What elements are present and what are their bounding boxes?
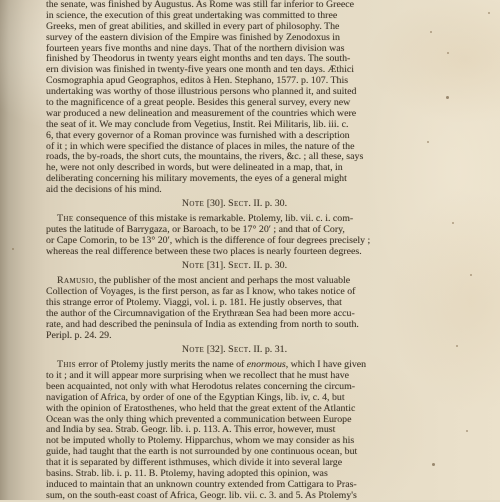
small-caps-word: Sect <box>228 344 248 355</box>
small-caps-word: Ramusio <box>57 276 94 286</box>
scanned-page: the senate, was finished by Augustus. As… <box>0 0 500 500</box>
text-line: Collection of Voyages, is the first pers… <box>46 287 423 298</box>
text-line: deliberating concerning his military mov… <box>46 174 423 185</box>
foxing-speck <box>446 96 449 99</box>
text-line: he, were not only described in words, bu… <box>46 163 423 174</box>
foxing-speck <box>427 141 429 143</box>
text-line: that it is separated by different isthmu… <box>46 458 423 469</box>
text-line: basins. Strab. lib. i. p. 11. B. Ptolemy… <box>46 469 423 480</box>
text-line: to the magnificence of a great people. B… <box>46 98 423 109</box>
text-line: guide, had taught that the earth is not … <box>46 447 423 458</box>
note-section-header: Note [32]. Sect. II. p. 31. <box>46 345 423 356</box>
text-line: the seat of it. We may conclude from Veg… <box>46 120 423 131</box>
text-line: whereas the real difference between thes… <box>46 247 423 258</box>
foxing-speck <box>432 463 435 466</box>
text-line: this strange error of Ptolemy. Viaggi, v… <box>46 298 423 309</box>
note-section-header: Note [30]. Sect. II. p. 30. <box>46 199 423 210</box>
text-line: sum, on the south-east coast of Africa, … <box>46 491 423 500</box>
text-line: The consequence of this mistake is remar… <box>46 214 423 225</box>
text-line: and India by sea. Strab. Geogr. lib. i. … <box>46 425 423 436</box>
text-line: the author of the Circumnavigation of th… <box>46 309 423 320</box>
text-line: 6, that every governor of a Roman provin… <box>46 131 423 142</box>
text-line: of it ; in which were specified the dist… <box>46 142 423 153</box>
text-line: war produced a new delineation and measu… <box>46 109 423 120</box>
text-line: survey of the eastern division of the Em… <box>46 33 423 44</box>
small-caps-word: This <box>57 360 76 370</box>
foxing-speck <box>466 430 468 432</box>
text-line: in science, the execution of this great … <box>46 11 423 22</box>
small-caps-word: Note <box>182 260 204 271</box>
text-line: aid the decisions of his mind. <box>46 185 423 196</box>
text-line: Peripl. p. 24. 29. <box>46 331 423 342</box>
italic-word: enormous <box>247 360 286 370</box>
text-line: to it ; and it will appear more surprisi… <box>46 371 423 382</box>
text-line: Ramusio, the publisher of the most ancie… <box>46 276 423 287</box>
text-column: the senate, was finished by Augustus. As… <box>46 0 423 500</box>
text-line: putes the latitude of Barrygaza, or Baro… <box>46 225 423 236</box>
paragraph: Ramusio, the publisher of the most ancie… <box>46 276 423 341</box>
foxing-speck <box>456 345 458 347</box>
paragraph: This error of Ptolemy justly merits the … <box>46 360 423 500</box>
paragraph: the senate, was finished by Augustus. As… <box>46 0 423 196</box>
text-line: finished by Theodorus in twenty years ei… <box>46 54 423 65</box>
small-caps-word: Sect <box>228 198 248 209</box>
small-caps-word: Note <box>182 198 204 209</box>
small-caps-word: Note <box>182 344 204 355</box>
text-line: or Cape Comorin, to be 13° 20′, which is… <box>46 236 423 247</box>
foxing-speck <box>452 222 454 224</box>
text-line: been acquainted, not only with what Hero… <box>46 382 423 393</box>
text-line: the senate, was finished by Augustus. As… <box>46 0 423 11</box>
text-line: with the opinion of Eratosthenes, who he… <box>46 404 423 415</box>
text-line: ern division was finished in twenty-five… <box>46 65 423 76</box>
paragraph: The consequence of this mistake is remar… <box>46 214 423 258</box>
text-line: induced to maintain that an unknown coun… <box>46 480 423 491</box>
text-line: rate, and had described the peninsula of… <box>46 320 423 331</box>
foxing-speck <box>12 248 14 250</box>
text-line: Cosmographia apud Geographos, editos à H… <box>46 76 423 87</box>
text-line: This error of Ptolemy justly merits the … <box>46 360 423 371</box>
foxing-speck <box>470 274 472 276</box>
text-line: fourteen years five months and nine days… <box>46 44 423 55</box>
foxing-speck <box>447 52 449 54</box>
foxing-speck <box>430 31 432 33</box>
note-section-header: Note [31]. Sect. II. p. 30. <box>46 261 423 272</box>
foxing-speck <box>488 12 490 14</box>
text-line: not be imputed wholly to Ptolemy. Hippar… <box>46 436 423 447</box>
text-line: Greeks, men of great abilities, and skil… <box>46 22 423 33</box>
small-caps-word: The <box>57 214 74 224</box>
text-line: roads, the by-roads, the short cuts, the… <box>46 152 423 163</box>
small-caps-word: Sect <box>228 260 248 271</box>
text-line: Ocean was the only thing which prevented… <box>46 415 423 426</box>
text-line: undertaking was worthy of those illustri… <box>46 87 423 98</box>
text-line: navigation of Africa, by order of one of… <box>46 393 423 404</box>
